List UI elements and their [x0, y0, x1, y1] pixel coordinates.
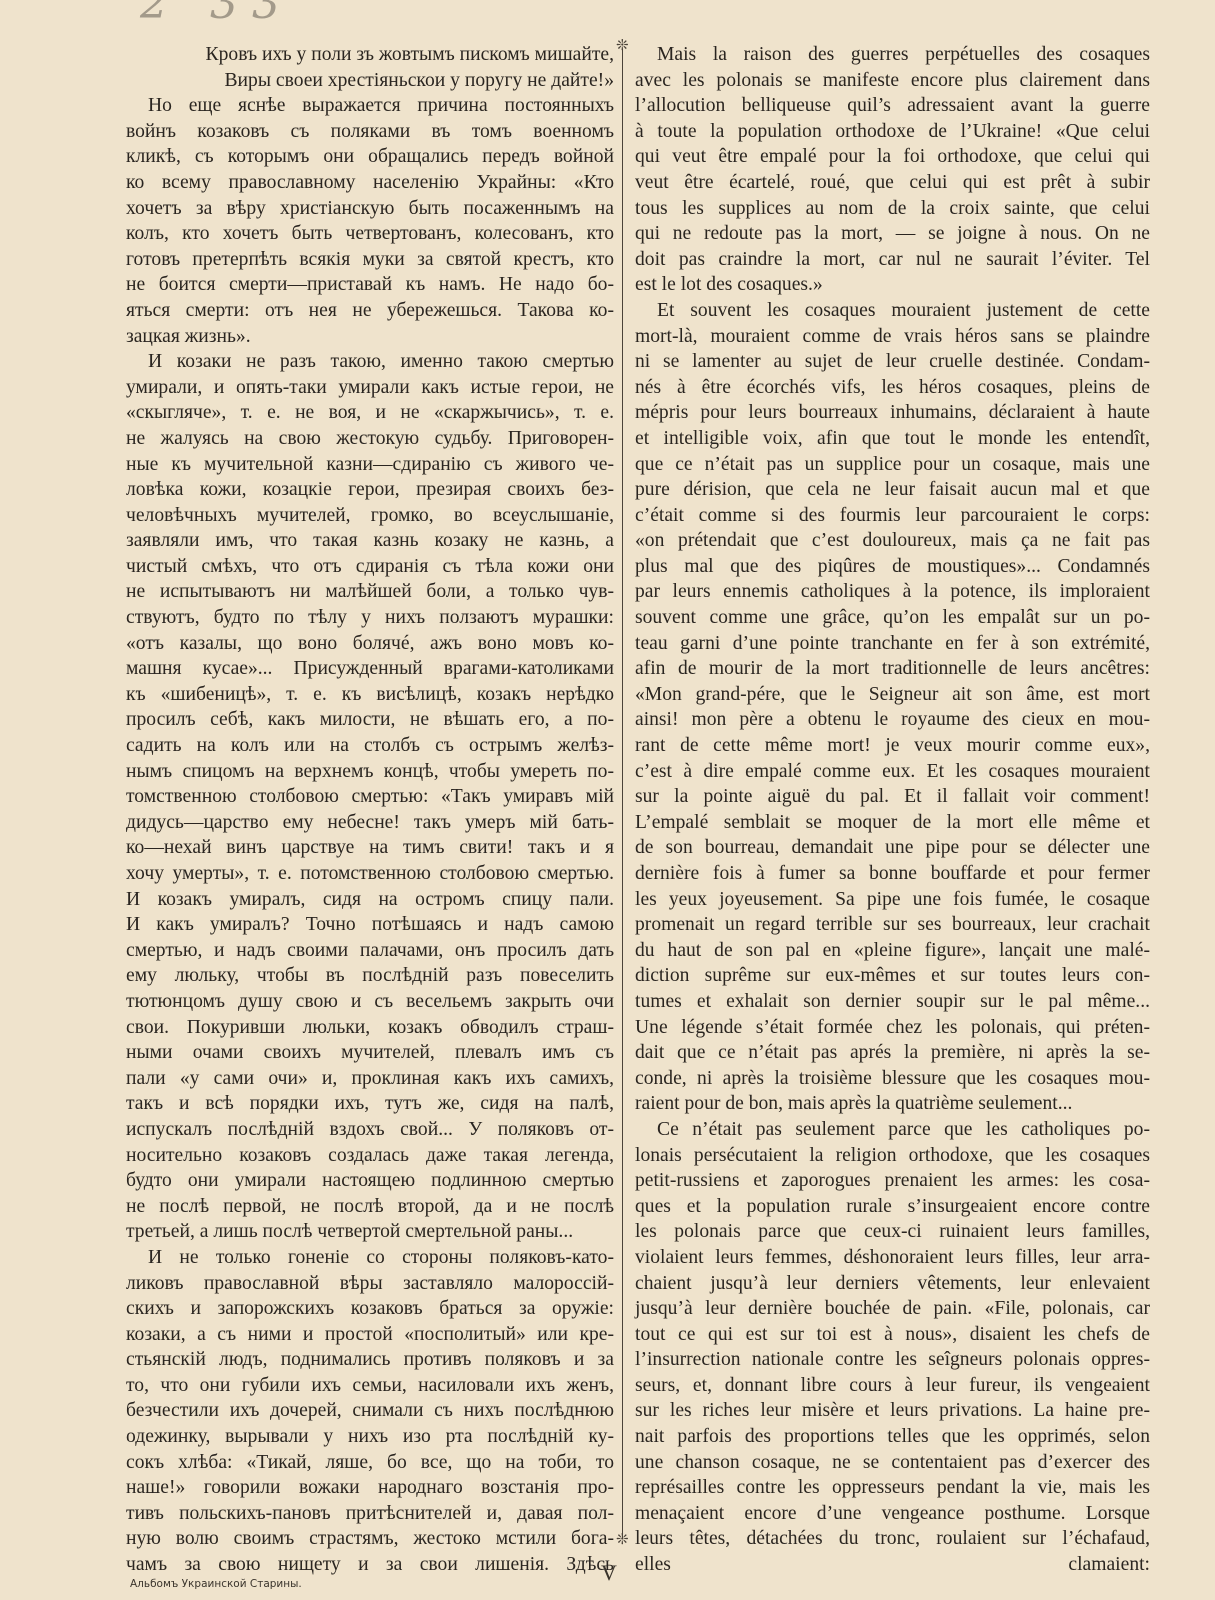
text-line: c’est à dire empalé comme eux. Et les co…	[635, 759, 1150, 785]
text-line: afin de mourir de la mort traditionnelle…	[635, 656, 1150, 682]
text-line: будто они умирали настоящею подлинною см…	[126, 1168, 614, 1194]
text-line: menaçaient encore d’une vengeance posthu…	[635, 1501, 1150, 1527]
text-line: козаки, а съ ними и простой «посполитый»…	[126, 1322, 614, 1348]
text-line: dait que ce n’était pas aprés la premièr…	[635, 1040, 1150, 1066]
text-line: хочетъ за вѣру христіанскую быть посажен…	[126, 196, 614, 222]
text-line: Et souvent les cosaques mouraient justem…	[635, 298, 1150, 324]
text-line: que ce n’était pas un supplice pour un c…	[635, 452, 1150, 478]
text-line: ликовъ православной вѣры заставляло мало…	[126, 1271, 614, 1297]
text-line: наше!» говорили вожаки народнаго возстан…	[126, 1475, 614, 1501]
text-line: «Mon grand-pére, que le Seigneur ait son…	[635, 682, 1150, 708]
text-line: promenait un regard terrible sur ses bou…	[635, 912, 1150, 938]
footer-book-title: Альбомъ Украинской Старины.	[130, 1578, 302, 1590]
text-line: L’empalé semblait se moquer de la mort e…	[635, 810, 1150, 836]
text-line: mépris pour leurs bourreaux inhumains, d…	[635, 400, 1150, 426]
french-text-column: Mais la raison des guerres perpétuelles …	[635, 42, 1150, 1578]
text-line: ему люльку, чтобы въ послѣдній разъ пове…	[126, 963, 614, 989]
text-line: смертью, и надъ своими палачами, онъ про…	[126, 938, 614, 964]
text-line: не боится смерти—приставай къ намъ. Не н…	[126, 272, 614, 298]
text-line: «отъ казалы, що воно болячé, ажъ воно мо…	[126, 631, 614, 657]
text-line: нымъ спицомъ на верхнемъ концѣ, чтобы ум…	[126, 759, 614, 785]
text-line: ловѣка кожи, козацкіе герои, презирая св…	[126, 477, 614, 503]
text-line: conde, ni après la troisième blessure qu…	[635, 1066, 1150, 1092]
text-line: souvent comme une grâce, qu’on les empal…	[635, 605, 1150, 631]
text-line: seurs, et, donnant libre cours à leur fu…	[635, 1373, 1150, 1399]
text-line: représailles contre les oppresseurs pend…	[635, 1475, 1150, 1501]
text-line: хочу умерты», т. е. потомственною столбо…	[126, 861, 614, 887]
signature-mark: V	[601, 1560, 617, 1586]
text-line: то, что они губили ихъ семьи, насиловали…	[126, 1373, 614, 1399]
text-line: les yeux joyeusement. Sa pipe une fois f…	[635, 887, 1150, 913]
text-line: qui ne redoute pas la mort, — se joigne …	[635, 221, 1150, 247]
ornament-star-bottom-icon: ❊	[616, 1530, 629, 1548]
text-line: les polonais parce que ceux-ci ruinaient…	[635, 1219, 1150, 1245]
text-line: est le lot des cosaques.»	[635, 272, 1150, 298]
text-line: chaient jusqu’à leur derniers vêtements,…	[635, 1271, 1150, 1297]
text-line: носительно козаковъ создалась даже такая…	[126, 1143, 614, 1169]
text-line: человѣчныхъ мучителей, громко, во всеусл…	[126, 503, 614, 529]
text-line: скихъ и запорожскихъ козаковъ браться за…	[126, 1296, 614, 1322]
handwritten-page-number: 2 33	[140, 0, 294, 29]
text-line: зацкая жизнь».	[126, 324, 614, 350]
text-line: умирали, и опять-таки умирали какъ истые…	[126, 375, 614, 401]
text-line: de son bourreau, demandait une pipe pour…	[635, 835, 1150, 861]
russian-text-column: Кровъ ихъ у поли зъ жовтымъ пискомъ миша…	[126, 42, 614, 1578]
text-line: колъ, кто хочетъ быть четвертованъ, коле…	[126, 221, 614, 247]
text-line: une chanson cosaque, ne se contentaient …	[635, 1450, 1150, 1476]
text-line: sur les riches leur misère et leurs priv…	[635, 1398, 1150, 1424]
text-line: l’insurrection nationale contre les seîg…	[635, 1347, 1150, 1373]
text-line: чамъ за свою нищету и за свои лишенія. З…	[126, 1552, 614, 1578]
text-line: томственною столбовою смертью: «Такъ уми…	[126, 784, 614, 810]
text-line: Ce n’était pas seulement parce que les c…	[635, 1117, 1150, 1143]
text-line: Виры своеи хрестіяньскои у поругу не дай…	[126, 68, 614, 94]
text-line: ques et la population rurale s’insurgeai…	[635, 1194, 1150, 1220]
text-line: Но еще яснѣе выражается причина постоянн…	[126, 93, 614, 119]
text-line: войнъ козаковъ съ поляками въ томъ военн…	[126, 119, 614, 145]
text-line: avec les polonais se manifeste encore pl…	[635, 68, 1150, 94]
text-line: jusqu’à leur dernière bouchée de pain. «…	[635, 1296, 1150, 1322]
text-line: par leurs ennemis catholiques à la poten…	[635, 579, 1150, 605]
text-line: просилъ себѣ, какъ милости, не вѣшать ег…	[126, 707, 614, 733]
text-line: ные къ мучительной казни—сдиранію съ жив…	[126, 452, 614, 478]
text-line: тивъ польскихъ-пановъ притѣснителей и, д…	[126, 1501, 614, 1527]
text-line: qui veut être empalé pour la foi orthodo…	[635, 144, 1150, 170]
text-line: rant de cette même mort! je veux mourir …	[635, 733, 1150, 759]
text-line: ко—нехай винъ царствуе на тимъ свити! та…	[126, 835, 614, 861]
text-line: violaient leurs femmes, déshonoraient le…	[635, 1245, 1150, 1271]
text-line: И козаки не разъ такою, именно такою сме…	[126, 349, 614, 375]
text-line: petit-russiens et zaporogues prenaient l…	[635, 1168, 1150, 1194]
text-line: одежинку, вырывали у нихъ изо рта послѣд…	[126, 1424, 614, 1450]
text-line: ainsi! mon père a obtenu le royaume des …	[635, 707, 1150, 733]
column-divider	[622, 50, 623, 1538]
text-line: elles clamaient:	[635, 1552, 1150, 1578]
text-line: tous les supplices au nom de la croix sa…	[635, 196, 1150, 222]
text-line: кликѣ, съ которымъ они обращались передъ…	[126, 144, 614, 170]
text-line: tumes et exhalait son dernier soupir sur…	[635, 989, 1150, 1015]
text-line: doit pas craindre la mort, car nul ne sa…	[635, 247, 1150, 273]
text-line: sur la pointe aiguë du pal. Et il fallai…	[635, 784, 1150, 810]
text-line: сокъ хлѣба: «Тикай, ляше, бо все, що на …	[126, 1450, 614, 1476]
text-line: пали «у сами очи» и, проклиная какъ ихъ …	[126, 1066, 614, 1092]
text-line: третьей, а лишь послѣ четвертой смертель…	[126, 1219, 614, 1245]
text-line: à toute la population orthodoxe de l’Ukr…	[635, 119, 1150, 145]
text-line: nés à être écorchés vifs, les héros cosa…	[635, 375, 1150, 401]
text-line: plus mal que des piqûres de moustiques».…	[635, 554, 1150, 580]
text-line: leurs têtes, détachées du tronc, roulaie…	[635, 1526, 1150, 1552]
text-line: готовъ претерпѣть всякія муки за святой …	[126, 247, 614, 273]
text-line: не жалуясь на свою жестокую судьбу. Приг…	[126, 426, 614, 452]
text-line: тютюнцомъ душу свою и съ весельемъ закры…	[126, 989, 614, 1015]
text-line: испускалъ послѣдній вздохъ свой... У пол…	[126, 1117, 614, 1143]
text-line: mort-là, mouraient comme de vrais héros …	[635, 324, 1150, 350]
text-line: l’allocution belliqueuse quil’s adressai…	[635, 93, 1150, 119]
text-line: свои. Покуривши люльки, козакъ обводилъ …	[126, 1015, 614, 1041]
text-line: c’était comme si des fourmis leur parcou…	[635, 503, 1150, 529]
text-line: nait parfois des proportions telles que …	[635, 1424, 1150, 1450]
text-line: чистый смѣхъ, что отъ сдиранія съ тѣла к…	[126, 554, 614, 580]
text-line: Кровъ ихъ у поли зъ жовтымъ пискомъ миша…	[126, 42, 614, 68]
text-line: яться смерти: отъ нея не убережешься. Та…	[126, 298, 614, 324]
text-line: И какъ умиралъ? Точно потѣшаясь и надъ с…	[126, 912, 614, 938]
text-line: не послѣ первой, не послѣ второй, да и н…	[126, 1194, 614, 1220]
text-line: ными очами своихъ мучителей, плевалъ имъ…	[126, 1040, 614, 1066]
text-line: diction suprême sur eux-mêmes et sur tou…	[635, 963, 1150, 989]
text-line: заявляли имъ, что такая казнь козаку не …	[126, 528, 614, 554]
text-line: ную волю своимъ страстямъ, жестоко мстил…	[126, 1526, 614, 1552]
text-line: И не только гоненіе со стороны поляковъ-…	[126, 1245, 614, 1271]
text-line: садить на колъ или на столбъ съ острымъ …	[126, 733, 614, 759]
text-line: teau garni d’une pointe tranchante en fe…	[635, 631, 1150, 657]
text-line: къ «шибеницѣ», т. е. къ висѣлицѣ, козакъ…	[126, 682, 614, 708]
text-line: dernière fois à fumer sa bonne bouffarde…	[635, 861, 1150, 887]
text-line: дидусь—царство ему небесне! такъ умеръ м…	[126, 810, 614, 836]
text-line: lonais persécutaient la religion orthodo…	[635, 1143, 1150, 1169]
text-line: И козакъ умиралъ, сидя на остромъ спицу …	[126, 887, 614, 913]
text-line: ni se lamenter au sujet de leur cruelle …	[635, 349, 1150, 375]
text-line: Mais la raison des guerres perpétuelles …	[635, 42, 1150, 68]
text-line: et intelligible voix, afin que tout le m…	[635, 426, 1150, 452]
text-line: «on prétendait que c’est douloureux, mai…	[635, 528, 1150, 554]
text-line: pure dérision, que cela ne leur faisait …	[635, 477, 1150, 503]
text-line: безчестили ихъ дочерей, снимали съ нихъ …	[126, 1398, 614, 1424]
text-line: такъ и всѣ порядки ихъ, тутъ же, сидя на…	[126, 1091, 614, 1117]
text-line: стьянскій людъ, поднимались противъ поля…	[126, 1347, 614, 1373]
text-line: не испытываютъ ни малѣйшей боли, а тольк…	[126, 579, 614, 605]
text-line: veut être écartelé, roué, que celui qui …	[635, 170, 1150, 196]
text-line: tout ce qui est sur toi est à nous», dis…	[635, 1322, 1150, 1348]
text-line: «скыгляче», т. е. не воя, и не «скаржычи…	[126, 400, 614, 426]
text-line: Une légende s’était formée chez les polo…	[635, 1015, 1150, 1041]
text-line: ствуютъ, будто по тѣлу у нихъ ползаютъ м…	[126, 605, 614, 631]
text-line: du haut de son pal en «pleine figure», l…	[635, 938, 1150, 964]
text-line: raient pour de bon, mais après la quatri…	[635, 1091, 1150, 1117]
text-line: ко всему православному населенію Украйны…	[126, 170, 614, 196]
text-line: машня кусае»... Присужденный врагами-кат…	[126, 656, 614, 682]
